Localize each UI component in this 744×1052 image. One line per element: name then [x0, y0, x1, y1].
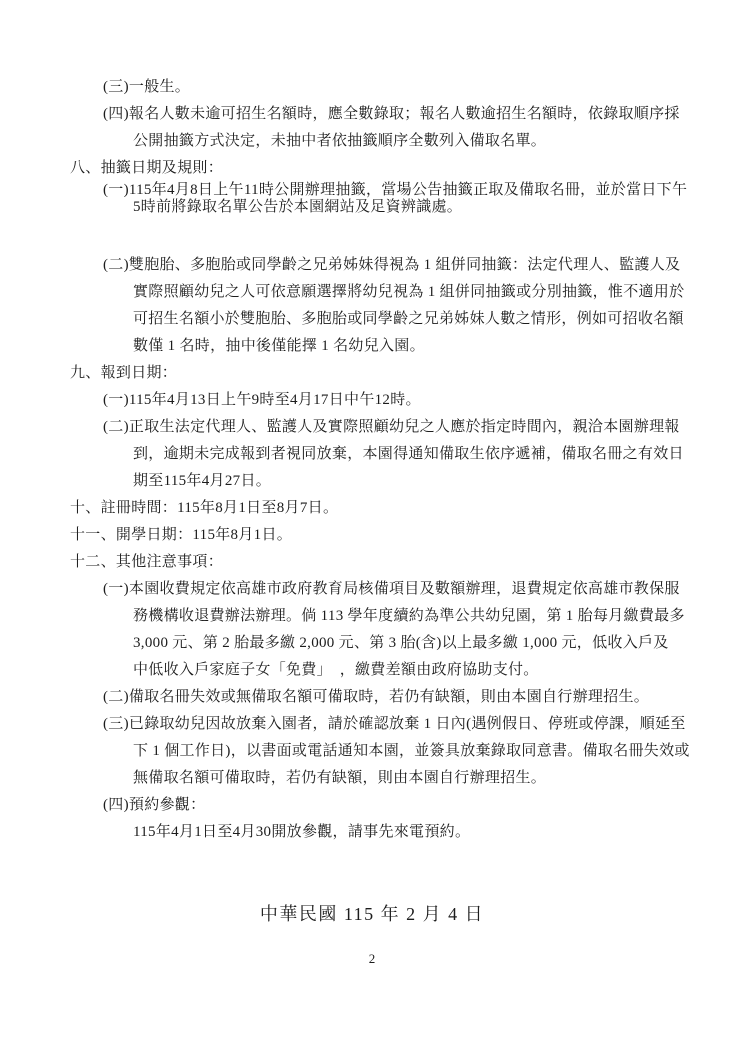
doc-line: 十一、開學日期：115年8月1日。: [70, 522, 744, 549]
doc-item: (二)正取生法定代理人、監護人及實際照顧幼兒之人應於指定時間內，親洽本園辦理報到…: [0, 414, 744, 495]
doc-item: (四)報名人數未逾可招生名額時，應全數錄取；報名人數逾招生名額時，依錄取順序採公…: [0, 101, 744, 155]
doc-line: (二)雙胞胎、多胞胎或同學齡之兄弟姊妹得視為 1 組併同抽籤：法定代理人、監護人…: [103, 252, 744, 279]
doc-line: 5時前將錄取名單公告於本園網站及足資辨識處。: [133, 199, 744, 216]
doc-item: 八、抽籤日期及規則：: [0, 155, 744, 182]
doc-line: (三)一般生。: [103, 74, 744, 101]
doc-item: 十一、開學日期：115年8月1日。: [0, 522, 744, 549]
doc-line: 3,000 元、第 2 胎最多繳 2,000 元、第 3 胎(含)以上最多繳 1…: [133, 630, 744, 657]
doc-line: 可招生名額小於雙胞胎、多胞胎或同學齡之兄弟姊妹人數之情形，例如可招收名額: [133, 306, 744, 333]
republic-era-date-line: 中華民國 115 年 2 月 4 日: [0, 900, 744, 926]
doc-item: (一)115年4月8日上午11時公開辦理抽籤，當場公告抽籤正取及備取名冊，並於當…: [0, 182, 744, 216]
doc-line: 115年4月1日至4月30開放參觀，請事先來電預約。: [133, 819, 744, 846]
doc-line: 十二、其他注意事項：: [70, 549, 744, 576]
doc-line: (一)本園收費規定依高雄市政府教育局核備項目及數額辦理，退費規定依高雄市教保服: [103, 576, 744, 603]
doc-line: (四)預約參觀：: [103, 792, 744, 819]
doc-item: (四)預約參觀：115年4月1日至4月30開放參觀，請事先來電預約。: [0, 792, 744, 846]
document-body: (三)一般生。(四)報名人數未逾可招生名額時，應全數錄取；報名人數逾招生名額時，…: [0, 74, 744, 846]
doc-line: (一)115年4月13日上午9時至4月17日中午12時。: [103, 387, 744, 414]
doc-line: 無備取名額可備取時，若仍有缺額，則由本園自行辦理招生。: [133, 765, 744, 792]
doc-line: 實際照顧幼兒之人可依意願選擇將幼兒視為 1 組併同抽籤或分別抽籤，惟不適用於: [133, 279, 744, 306]
page-number: 2: [0, 951, 744, 967]
doc-item: (一)115年4月13日上午9時至4月17日中午12時。: [0, 387, 744, 414]
document-page: (三)一般生。(四)報名人數未逾可招生名額時，應全數錄取；報名人數逾招生名額時，…: [0, 0, 744, 1052]
doc-line: 下 1 個工作日)，以書面或電話通知本園，並簽具放棄錄取同意書。備取名冊失效或: [133, 738, 744, 765]
doc-line: (二)備取名冊失效或無備取名額可備取時，若仍有缺額，則由本園自行辦理招生。: [103, 684, 744, 711]
doc-line: (三)已錄取幼兒因故放棄入園者，請於確認放棄 1 日內(遇例假日、停班或停課，順…: [103, 711, 744, 738]
doc-line: 公開抽籤方式決定，未抽中者依抽籤順序全數列入備取名單。: [133, 128, 744, 155]
doc-item: (二)雙胞胎、多胞胎或同學齡之兄弟姊妹得視為 1 組併同抽籤：法定代理人、監護人…: [0, 252, 744, 360]
doc-item: (二)備取名冊失效或無備取名額可備取時，若仍有缺額，則由本園自行辦理招生。: [0, 684, 744, 711]
doc-line: 期至115年4月27日。: [133, 468, 744, 495]
doc-line: 九、報到日期：: [70, 360, 744, 387]
doc-item: 九、報到日期：: [0, 360, 744, 387]
doc-line: 八、抽籤日期及規則：: [70, 155, 744, 182]
doc-item: (一)本園收費規定依高雄市政府教育局核備項目及數額辦理，退費規定依高雄市教保服務…: [0, 576, 744, 684]
doc-line: 務機構收退費辦法辦理。倘 113 學年度續約為準公共幼兒園，第 1 胎每月繳費最…: [133, 603, 744, 630]
doc-line: 中低收入戶家庭子女「免費」 ，繳費差額由政府協助支付。: [133, 657, 744, 684]
doc-line: (四)報名人數未逾可招生名額時，應全數錄取；報名人數逾招生名額時，依錄取順序採: [103, 101, 744, 128]
doc-item: 十、註冊時間：115年8月1日至8月7日。: [0, 495, 744, 522]
doc-line: 十、註冊時間：115年8月1日至8月7日。: [70, 495, 744, 522]
doc-line: 到，逾期未完成報到者視同放棄，本園得通知備取生依序遞補，備取名冊之有效日: [133, 441, 744, 468]
doc-line: (一)115年4月8日上午11時公開辦理抽籤，當場公告抽籤正取及備取名冊，並於當…: [103, 182, 744, 199]
doc-line: 數僅 1 名時，抽中後僅能擇 1 名幼兒入園。: [133, 333, 744, 360]
doc-item: 十二、其他注意事項：: [0, 549, 744, 576]
doc-item: (三)一般生。: [0, 74, 744, 101]
doc-line: (二)正取生法定代理人、監護人及實際照顧幼兒之人應於指定時間內，親洽本園辦理報: [103, 414, 744, 441]
doc-item: (三)已錄取幼兒因故放棄入園者，請於確認放棄 1 日內(遇例假日、停班或停課，順…: [0, 711, 744, 792]
